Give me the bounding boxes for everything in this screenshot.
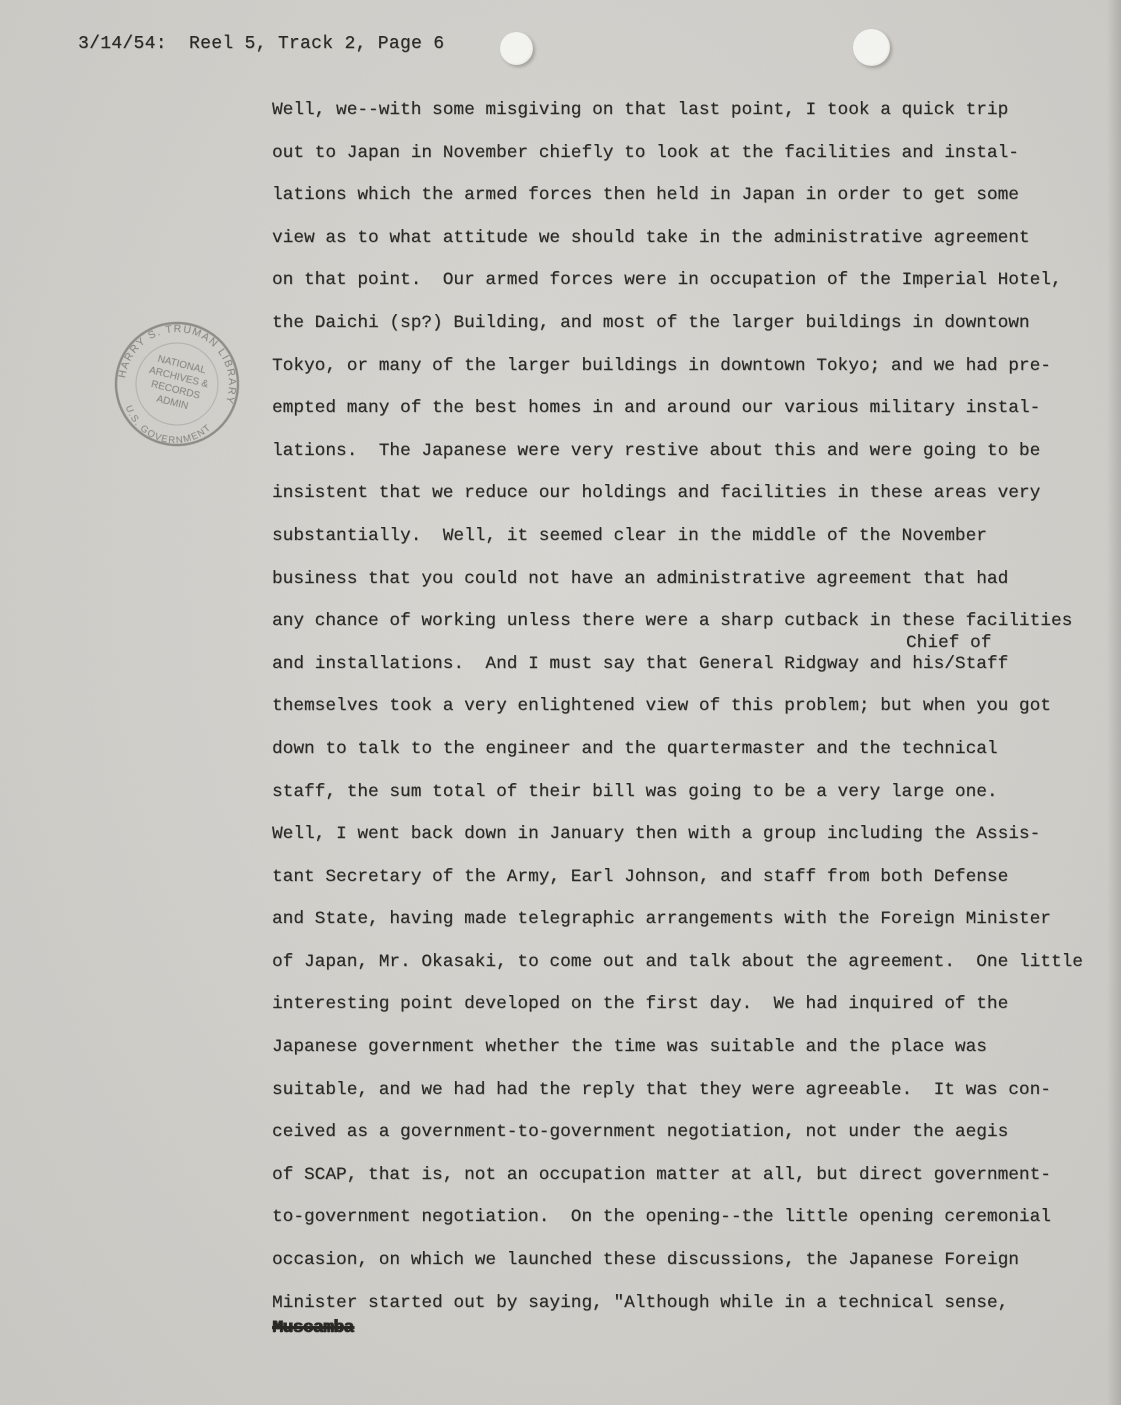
stamp-arc-bottom-text: U.S. GOVERNMENT <box>116 402 215 456</box>
text-line: view as to what attitude we should take … <box>272 217 1108 260</box>
text-line: of Japan, Mr. Okasaki, to come out and t… <box>272 941 1108 984</box>
page-header: 3/14/54: Reel 5, Track 2, Page 6 <box>78 34 444 54</box>
archive-stamp: HARRY S. TRUMAN LIBRARY U.S. GOVERNMENT … <box>74 281 280 487</box>
text-line: ceived as a government-to-government neg… <box>272 1111 1108 1154</box>
document-page: 3/14/54: Reel 5, Track 2, Page 6 HARRY S… <box>0 0 1121 1405</box>
text-line: out to Japan in November chiefly to look… <box>272 132 1108 175</box>
text-line: down to talk to the engineer and the qua… <box>272 728 1108 771</box>
text-line: and State, having made telegraphic arran… <box>272 898 1108 941</box>
struck-out-word: Muscamba <box>272 1313 353 1343</box>
scan-edge-shadow <box>1107 0 1121 1405</box>
text-line: tant Secretary of the Army, Earl Johnson… <box>272 856 1108 899</box>
text-line: of SCAP, that is, not an occupation matt… <box>272 1154 1108 1197</box>
text-line: insistent that we reduce our holdings an… <box>272 472 1108 515</box>
text-line: Japanese government whether the time was… <box>272 1026 1108 1069</box>
text-line: themselves took a very enlightened view … <box>272 685 1108 728</box>
text-line: on that point. Our armed forces were in … <box>272 259 1108 302</box>
text-line: Well, we--with some misgiving on that la… <box>272 89 1108 132</box>
text-line: Tokyo, or many of the larger buildings i… <box>272 345 1108 388</box>
text-line: the Daichi (sp?) Building, and most of t… <box>272 302 1108 345</box>
text-line: occasion, on which we launched these dis… <box>272 1239 1108 1282</box>
text-line: interesting point developed on the first… <box>272 983 1108 1026</box>
text-line: business that you could not have an admi… <box>272 558 1108 601</box>
text-line: to-government negotiation. On the openin… <box>272 1196 1108 1239</box>
text-line: Minister started out by saying, "Althoug… <box>272 1282 1108 1325</box>
interline-insertion-chief-of: Chief of <box>906 631 991 655</box>
typewritten-text: Well, we--with some misgiving on that la… <box>272 89 1108 1324</box>
text-line: suitable, and we had had the reply that … <box>272 1069 1108 1112</box>
hole-punch-right <box>853 29 890 66</box>
text-line: staff, the sum total of their bill was g… <box>272 771 1108 814</box>
hole-punch-left <box>500 32 533 65</box>
text-line: lations which the armed forces then held… <box>272 174 1108 217</box>
text-line: lations. The Japanese were very restive … <box>272 430 1108 473</box>
text-line: Well, I went back down in January then w… <box>272 813 1108 856</box>
text-line: empted many of the best homes in and aro… <box>272 387 1108 430</box>
text-line: substantially. Well, it seemed clear in … <box>272 515 1108 558</box>
